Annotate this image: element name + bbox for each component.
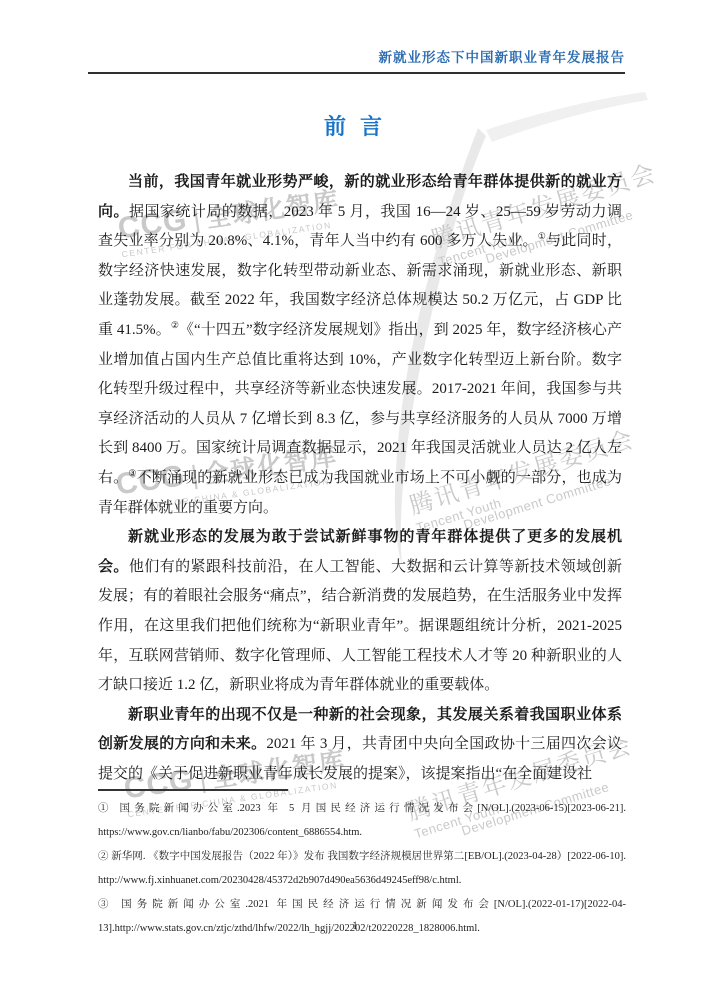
paragraph-text: 他们有的紧跟科技前沿，在人工智能、大数据和云计算等新技术领域创新发展；有的着眼社…	[98, 559, 622, 693]
body-paragraphs: 当前，我国青年就业形势严峻，新的就业形态给青年群体提供新的就业方向。据国家统计局…	[98, 168, 622, 789]
footnote-marker: ③	[128, 468, 136, 478]
document-page: CCG | 全球化智库 CENTER FOR CHINA & GLOBALIZA…	[0, 0, 710, 1004]
paragraph-text: 据国家统计局的数据，2023 年 5 月，我国 16—24 岁、25—59 岁劳…	[98, 204, 622, 250]
running-header: 新就业形态下中国新职业青年发展报告	[88, 46, 625, 74]
page-number: 1	[0, 920, 710, 932]
footnote: ① 国务院新闻办公室.2023 年 5 月国民经济运行情况发布会[N/OL].(…	[98, 797, 626, 845]
footnote-marker: ②	[171, 320, 179, 330]
paragraph: 新就业形态的发展为敢于尝试新鲜事物的青年群体提供了更多的发展机会。他们有的紧跟科…	[98, 523, 622, 701]
paragraph-text: 不断涌现的新就业形态已成为我国就业市场上不可小觑的一部分，也成为青年群体就业的重…	[98, 470, 622, 516]
footnote: ③ 国务院新闻办公室.2021 年国民经济运行情况新闻发布会[N/OL].(20…	[98, 893, 626, 941]
footnote-marker: ①	[538, 231, 546, 241]
paragraph: 当前，我国青年就业形势严峻，新的就业形态给青年群体提供新的就业方向。据国家统计局…	[98, 168, 622, 523]
footnote-divider	[98, 789, 288, 791]
paragraph-text: 《“十四五”数字经济发展规划》指出，到 2025 年，数字经济核心产业增加值占国…	[98, 322, 622, 486]
paragraph: 新职业青年的出现不仅是一种新的社会现象，其发展关系着我国职业体系创新发展的方向和…	[98, 701, 622, 790]
page-title: 前 言	[0, 110, 710, 141]
page-content: 新就业形态下中国新职业青年发展报告 前 言 当前，我国青年就业形势严峻，新的就业…	[0, 0, 710, 1004]
footnote: ② 新华网. 《数字中国发展报告（2022 年）》发布 我国数字经济规模居世界第…	[98, 845, 626, 893]
